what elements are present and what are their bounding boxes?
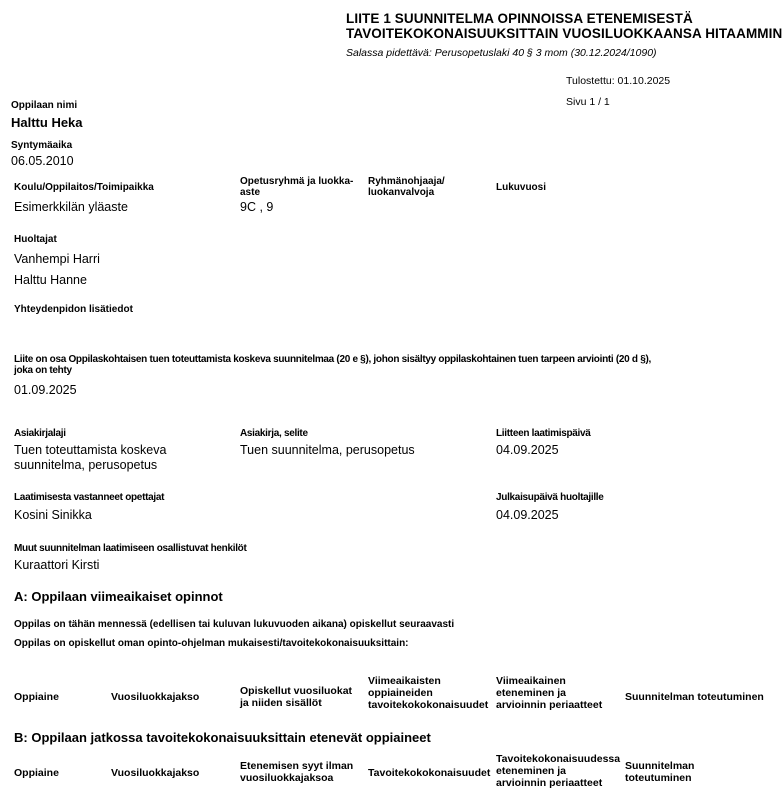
teachers-label: Laatimisesta vastanneet opettajat — [14, 492, 164, 503]
column-header-goal-unit-progress: Tavoitekokonaisuudessa eteneminen ja arv… — [496, 753, 623, 789]
column-header-recent-goal-units: Viimeaikaisten oppiaineiden tavoitekokok… — [368, 675, 488, 711]
birth-date-label: Syntymäaika — [11, 140, 72, 151]
contact-info-label: Yhteydenpidon lisätiedot — [14, 304, 133, 315]
document-description-value: Tuen suunnitelma, perusopetus — [240, 443, 415, 458]
student-name-label: Oppilaan nimi — [11, 100, 77, 111]
published-date-value: 04.09.2025 — [496, 508, 559, 523]
document-title: LIITE 1 SUUNNITELMA OPINNOISSA ETENEMISE… — [346, 11, 782, 41]
page-number: Sivu 1 / 1 — [566, 96, 610, 108]
column-header-studied-grades: Opiskellut vuosiluokat ja niiden sisällö… — [240, 685, 352, 709]
plan-part-text: Liite on osa Oppilaskohtaisen tuen toteu… — [14, 354, 651, 376]
column-header-recent-progress: Viimeaikainen eteneminen ja arvioinnin p… — [496, 675, 602, 711]
birth-date: 06.05.2010 — [11, 154, 74, 169]
guardian-name: Halttu Hanne — [14, 273, 87, 288]
school-year-label: Lukuvuosi — [496, 182, 546, 193]
column-header-subject: Oppiaine — [14, 691, 59, 703]
confidentiality-note: Salassa pidettävä: Perusopetuslaki 40 § … — [346, 47, 657, 59]
column-header-grade-period: Vuosiluokkajakso — [111, 691, 199, 703]
document-type-value: Tuen toteuttamista koskeva suunnitelma, … — [14, 443, 166, 473]
school-label: Koulu/Oppilaitos/Toimipaikka — [14, 182, 154, 193]
column-header-plan-realization: Suunnitelman toteutuminen — [625, 760, 694, 784]
school-value: Esimerkkilän yläaste — [14, 200, 128, 215]
section-a-paragraph-1: Oppilas on tähän mennessä (edellisen tai… — [14, 619, 454, 630]
other-participants-label: Muut suunnitelman laatimiseen osallistuv… — [14, 543, 247, 554]
column-header-subject: Oppiaine — [14, 767, 59, 779]
document-description-label: Asiakirja, selite — [240, 428, 308, 439]
section-a-paragraph-2: Oppilas on opiskellut oman opinto-ohjelm… — [14, 638, 409, 649]
published-date-label: Julkaisupäivä huoltajille — [496, 492, 604, 503]
printed-date: Tulostettu: 01.10.2025 — [566, 75, 670, 87]
guardians-label: Huoltajat — [14, 234, 57, 245]
document-type-label: Asiakirjalaji — [14, 428, 66, 439]
created-date-value: 04.09.2025 — [496, 443, 559, 458]
other-participants-value: Kuraattori Kirsti — [14, 558, 99, 573]
teachers-value: Kosini Sinikka — [14, 508, 92, 523]
guardian-name: Vanhempi Harri — [14, 252, 100, 267]
column-header-grade-period: Vuosiluokkajakso — [111, 767, 199, 779]
column-header-goal-units: Tavoitekokokonaisuudet — [368, 767, 490, 779]
column-header-progress-reasons: Etenemisen syyt ilman vuosiluokkajaksoa — [240, 760, 353, 784]
section-a-title: A: Oppilaan viimeaikaiset opinnot — [14, 589, 223, 604]
created-date-label: Liitteen laatimispäivä — [496, 428, 591, 439]
title-line-2: TAVOITEKOKONAISUUKSITTAIN VUOSILUOKKAANS… — [346, 26, 782, 41]
section-b-title: B: Oppilaan jatkossa tavoitekokonaisuuks… — [14, 730, 431, 745]
column-header-plan-realization: Suunnitelman toteutuminen — [625, 691, 764, 703]
supervisor-label: Ryhmänohjaaja/ luokanvalvoja — [368, 176, 445, 198]
student-name: Halttu Heka — [11, 115, 83, 130]
group-label: Opetusryhmä ja luokka- aste — [240, 176, 353, 198]
group-value: 9C , 9 — [240, 200, 273, 215]
plan-part-date: 01.09.2025 — [14, 383, 77, 398]
title-line-1: LIITE 1 SUUNNITELMA OPINNOISSA ETENEMISE… — [346, 11, 782, 26]
